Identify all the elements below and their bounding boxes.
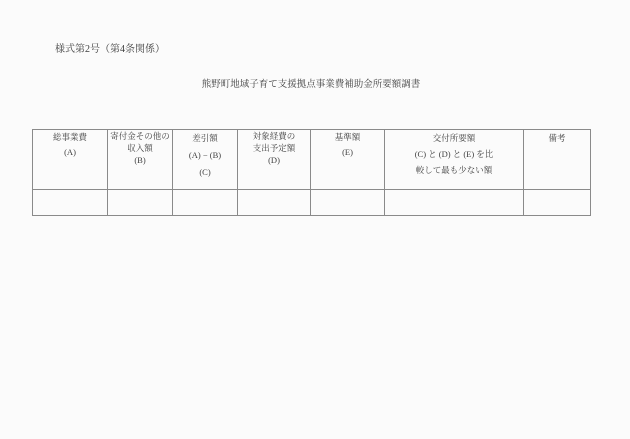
data-cell-balance: [173, 190, 238, 216]
header-cell-total-project-cost: 総事業費 (A): [33, 130, 108, 190]
header-line: (C): [173, 164, 237, 181]
header-cell-grant-required-amount: 交付所要額 (C) と (D) と (E) を比 較して最も少ない額: [385, 130, 524, 190]
header-line: 収入額: [108, 142, 172, 154]
header-line: 支出予定額: [238, 142, 310, 154]
data-cell-remarks: [524, 190, 591, 216]
document-page: 様式第2号（第4条関係） 熊野町地域子育て支援拠点事業費補助金所要額調書 総事業…: [0, 0, 630, 439]
data-cell-planned-expenditure: [238, 190, 311, 216]
table-header-row: 総事業費 (A) 寄付金その他の 収入額 (B) 差引額 (A) − (B) (…: [33, 130, 591, 190]
header-cell-donations-other-income: 寄付金その他の 収入額 (B): [108, 130, 173, 190]
header-line: (E): [311, 145, 384, 160]
header-line: 備考: [524, 130, 590, 146]
form-number: 様式第2号（第4条関係）: [55, 43, 165, 57]
header-cell-standard-amount: 基準額 (E): [311, 130, 385, 190]
header-line: 寄付金その他の: [108, 130, 172, 142]
data-cell-total-project-cost: [33, 190, 108, 216]
header-line: (C) と (D) と (E) を比: [385, 146, 523, 162]
header-line: (B): [108, 154, 172, 166]
header-cell-balance: 差引額 (A) − (B) (C): [173, 130, 238, 190]
header-line: 基準額: [311, 130, 384, 145]
header-line: (A) − (B): [173, 147, 237, 164]
data-cell-donations-other-income: [108, 190, 173, 216]
header-line: 差引額: [173, 130, 237, 147]
header-line: 対象経費の: [238, 130, 310, 142]
header-line: (A): [33, 145, 107, 160]
header-cell-remarks: 備考: [524, 130, 591, 190]
data-cell-standard-amount: [311, 190, 385, 216]
header-line: 総事業費: [33, 130, 107, 145]
header-cell-planned-expenditure: 対象経費の 支出予定額 (D): [238, 130, 311, 190]
amount-summary-table: 総事業費 (A) 寄付金その他の 収入額 (B) 差引額 (A) − (B) (…: [32, 129, 591, 216]
header-line: (D): [238, 154, 310, 166]
header-line: 較して最も少ない額: [385, 162, 523, 178]
data-cell-grant-required-amount: [385, 190, 524, 216]
table-data-row: [33, 190, 591, 216]
document-title: 熊野町地域子育て支援拠点事業費補助金所要額調書: [32, 78, 590, 92]
header-line: 交付所要額: [385, 130, 523, 146]
